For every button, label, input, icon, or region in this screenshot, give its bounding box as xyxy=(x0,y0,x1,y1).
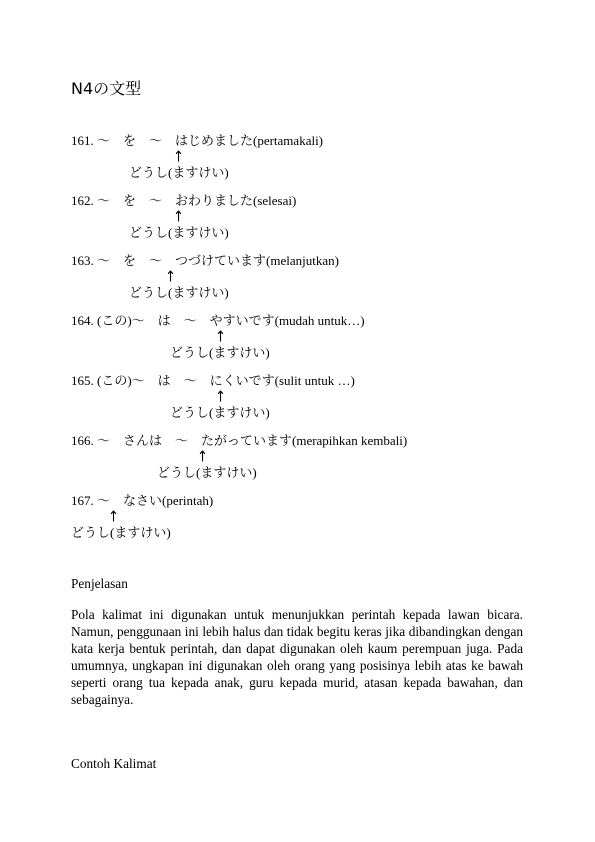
document-page: N4の文型 161. ～ を ～ はじめました(pertamakali) ↑ ど… xyxy=(0,0,595,842)
grammar-item-164: 164. (この)～ は ～ やすいです(mudah untuk…) ↑ どうし… xyxy=(71,313,523,361)
pattern-line: 161. ～ を ～ はじめました(pertamakali) xyxy=(71,133,523,149)
form-label: どうし(ますけい) xyxy=(71,345,523,361)
grammar-item-166: 166. ～ さんは ～ たがっています(merapihkan kembali)… xyxy=(71,433,523,481)
form-label: どうし(ますけい) xyxy=(71,405,523,421)
arrow-row: ↑ xyxy=(71,149,523,165)
up-arrow-icon: ↑ xyxy=(197,449,208,467)
up-arrow-icon: ↑ xyxy=(215,329,226,347)
pattern-line: 163. ～ を ～ つづけています(melanjutkan) xyxy=(71,253,523,269)
pattern-line: 165. (この)～ は ～ にくいです(sulit untuk …) xyxy=(71,373,523,389)
arrow-row: ↑ xyxy=(71,269,523,285)
arrow-row: ↑ xyxy=(71,449,523,465)
up-arrow-icon: ↑ xyxy=(173,209,184,227)
form-label: どうし(ますけい) xyxy=(71,225,523,241)
document-title: N4の文型 xyxy=(71,80,523,98)
form-label: どうし(ますけい) xyxy=(71,465,523,481)
grammar-item-163: 163. ～ を ～ つづけています(melanjutkan) ↑ どうし(ます… xyxy=(71,253,523,301)
page-content: N4の文型 161. ～ を ～ はじめました(pertamakali) ↑ ど… xyxy=(71,80,523,772)
pattern-line: 167. ～ なさい(perintah) xyxy=(71,493,523,509)
pattern-line: 162. ～ を ～ おわりました(selesai) xyxy=(71,193,523,209)
up-arrow-icon: ↑ xyxy=(108,509,119,527)
up-arrow-icon: ↑ xyxy=(165,269,176,287)
explanation-paragraph: Pola kalimat ini digunakan untuk menunju… xyxy=(71,606,523,708)
arrow-row: ↑ xyxy=(71,389,523,405)
arrow-row: ↑ xyxy=(71,209,523,225)
pattern-line: 164. (この)～ は ～ やすいです(mudah untuk…) xyxy=(71,313,523,329)
grammar-item-162: 162. ～ を ～ おわりました(selesai) ↑ どうし(ますけい) xyxy=(71,193,523,241)
form-label: どうし(ますけい) xyxy=(71,165,523,181)
pattern-line: 166. ～ さんは ～ たがっています(merapihkan kembali) xyxy=(71,433,523,449)
up-arrow-icon: ↑ xyxy=(173,149,184,167)
form-label: どうし(ますけい) xyxy=(71,525,523,541)
arrow-row: ↑ xyxy=(71,509,523,525)
section-heading-penjelasan: Penjelasan xyxy=(71,575,523,592)
grammar-item-165: 165. (この)～ は ～ にくいです(sulit untuk …) ↑ どう… xyxy=(71,373,523,421)
grammar-item-161: 161. ～ を ～ はじめました(pertamakali) ↑ どうし(ますけ… xyxy=(71,133,523,181)
arrow-row: ↑ xyxy=(71,329,523,345)
form-label: どうし(ますけい) xyxy=(71,285,523,301)
grammar-item-167: 167. ～ なさい(perintah) ↑ どうし(ますけい) xyxy=(71,493,523,541)
section-heading-contoh-kalimat: Contoh Kalimat xyxy=(71,755,523,772)
up-arrow-icon: ↑ xyxy=(215,389,226,407)
